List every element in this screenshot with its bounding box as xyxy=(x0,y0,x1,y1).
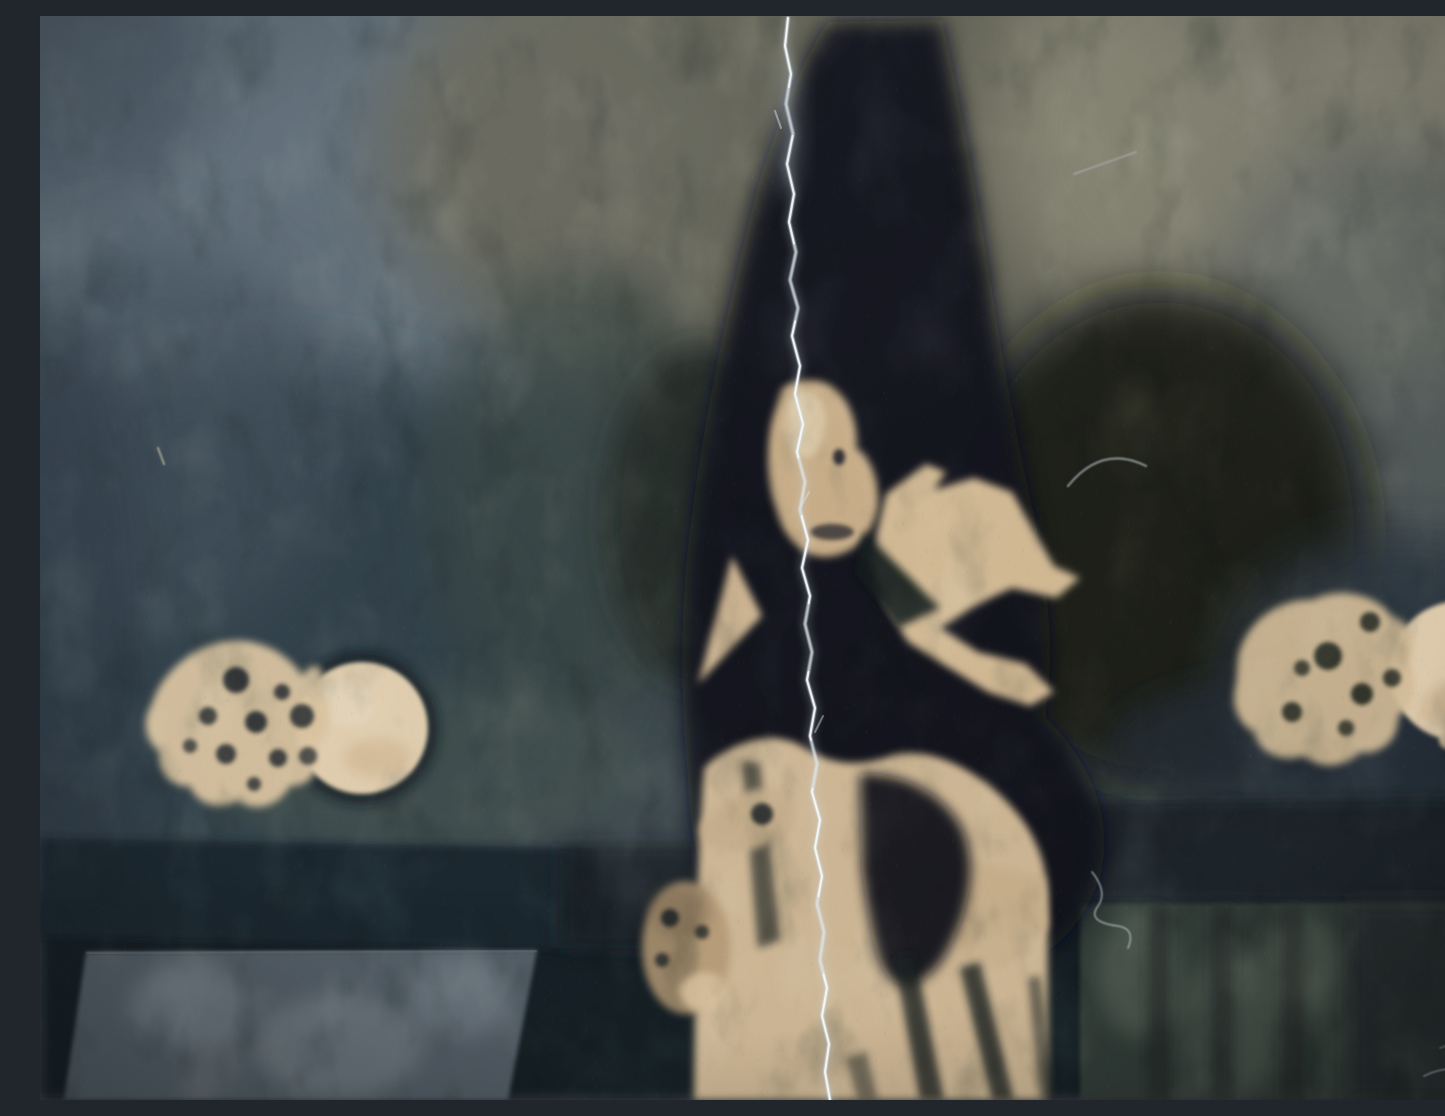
photo-canvas xyxy=(40,16,1445,1100)
crease-smudge xyxy=(774,56,802,196)
vignette xyxy=(40,16,1445,1100)
color-grade xyxy=(40,16,1445,1100)
photo-frame xyxy=(40,16,1445,1100)
